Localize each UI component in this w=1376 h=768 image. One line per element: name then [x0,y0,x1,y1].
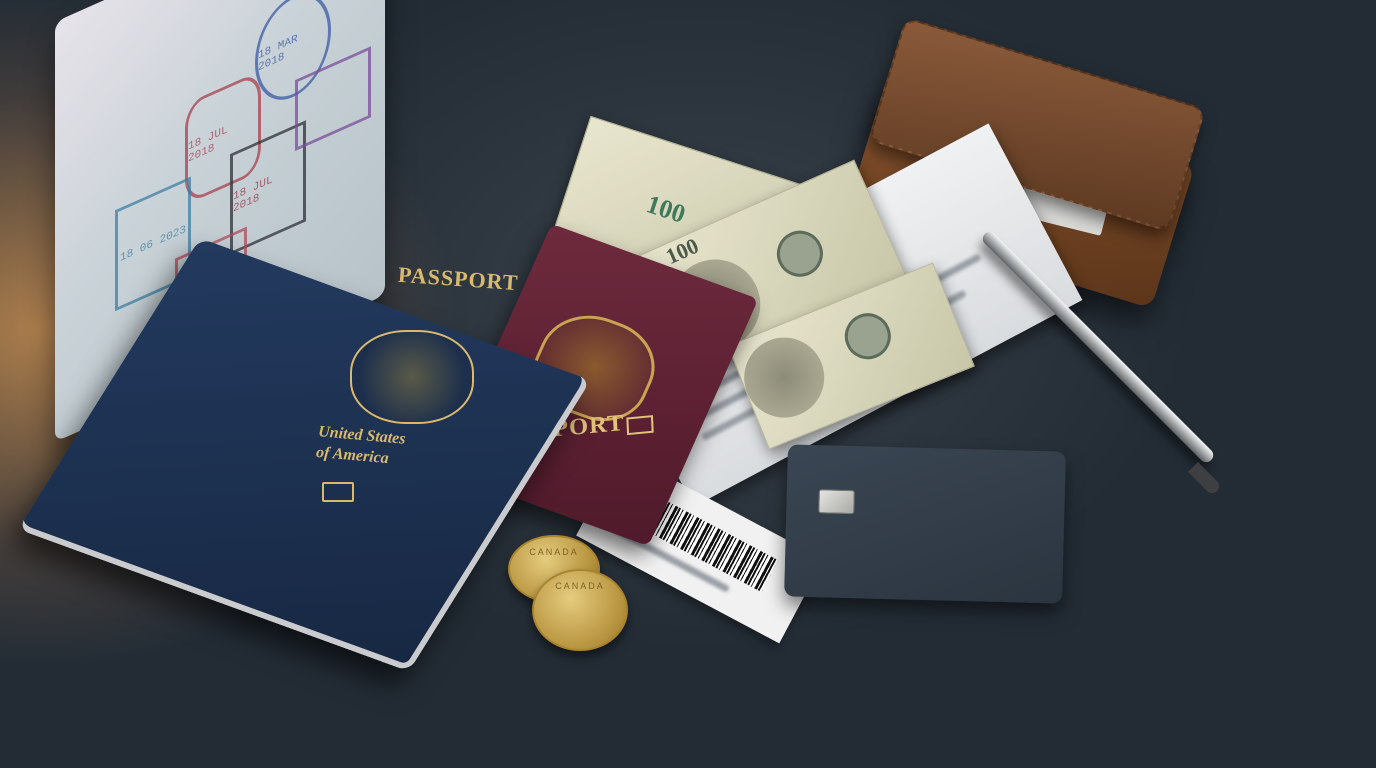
eagle-seal-icon [350,330,474,424]
biometric-chip-icon [626,415,653,435]
card-chip-icon [818,489,855,514]
coin-label: CANADA [510,547,598,557]
banknote-seal [770,223,831,284]
biometric-chip-icon [322,482,354,502]
banknote-denomination: 100 [643,189,689,230]
us-passport-title: PASSPORT [397,262,519,296]
coin-label: CANADA [534,581,626,591]
credit-card [784,444,1066,603]
banknote-seal [838,306,898,366]
pen-tip [1188,462,1222,496]
photo-scene: STADIUM MATCH TICKET 100 100 PASSPORT 18… [0,0,1376,768]
coin: CANADA [532,569,628,651]
